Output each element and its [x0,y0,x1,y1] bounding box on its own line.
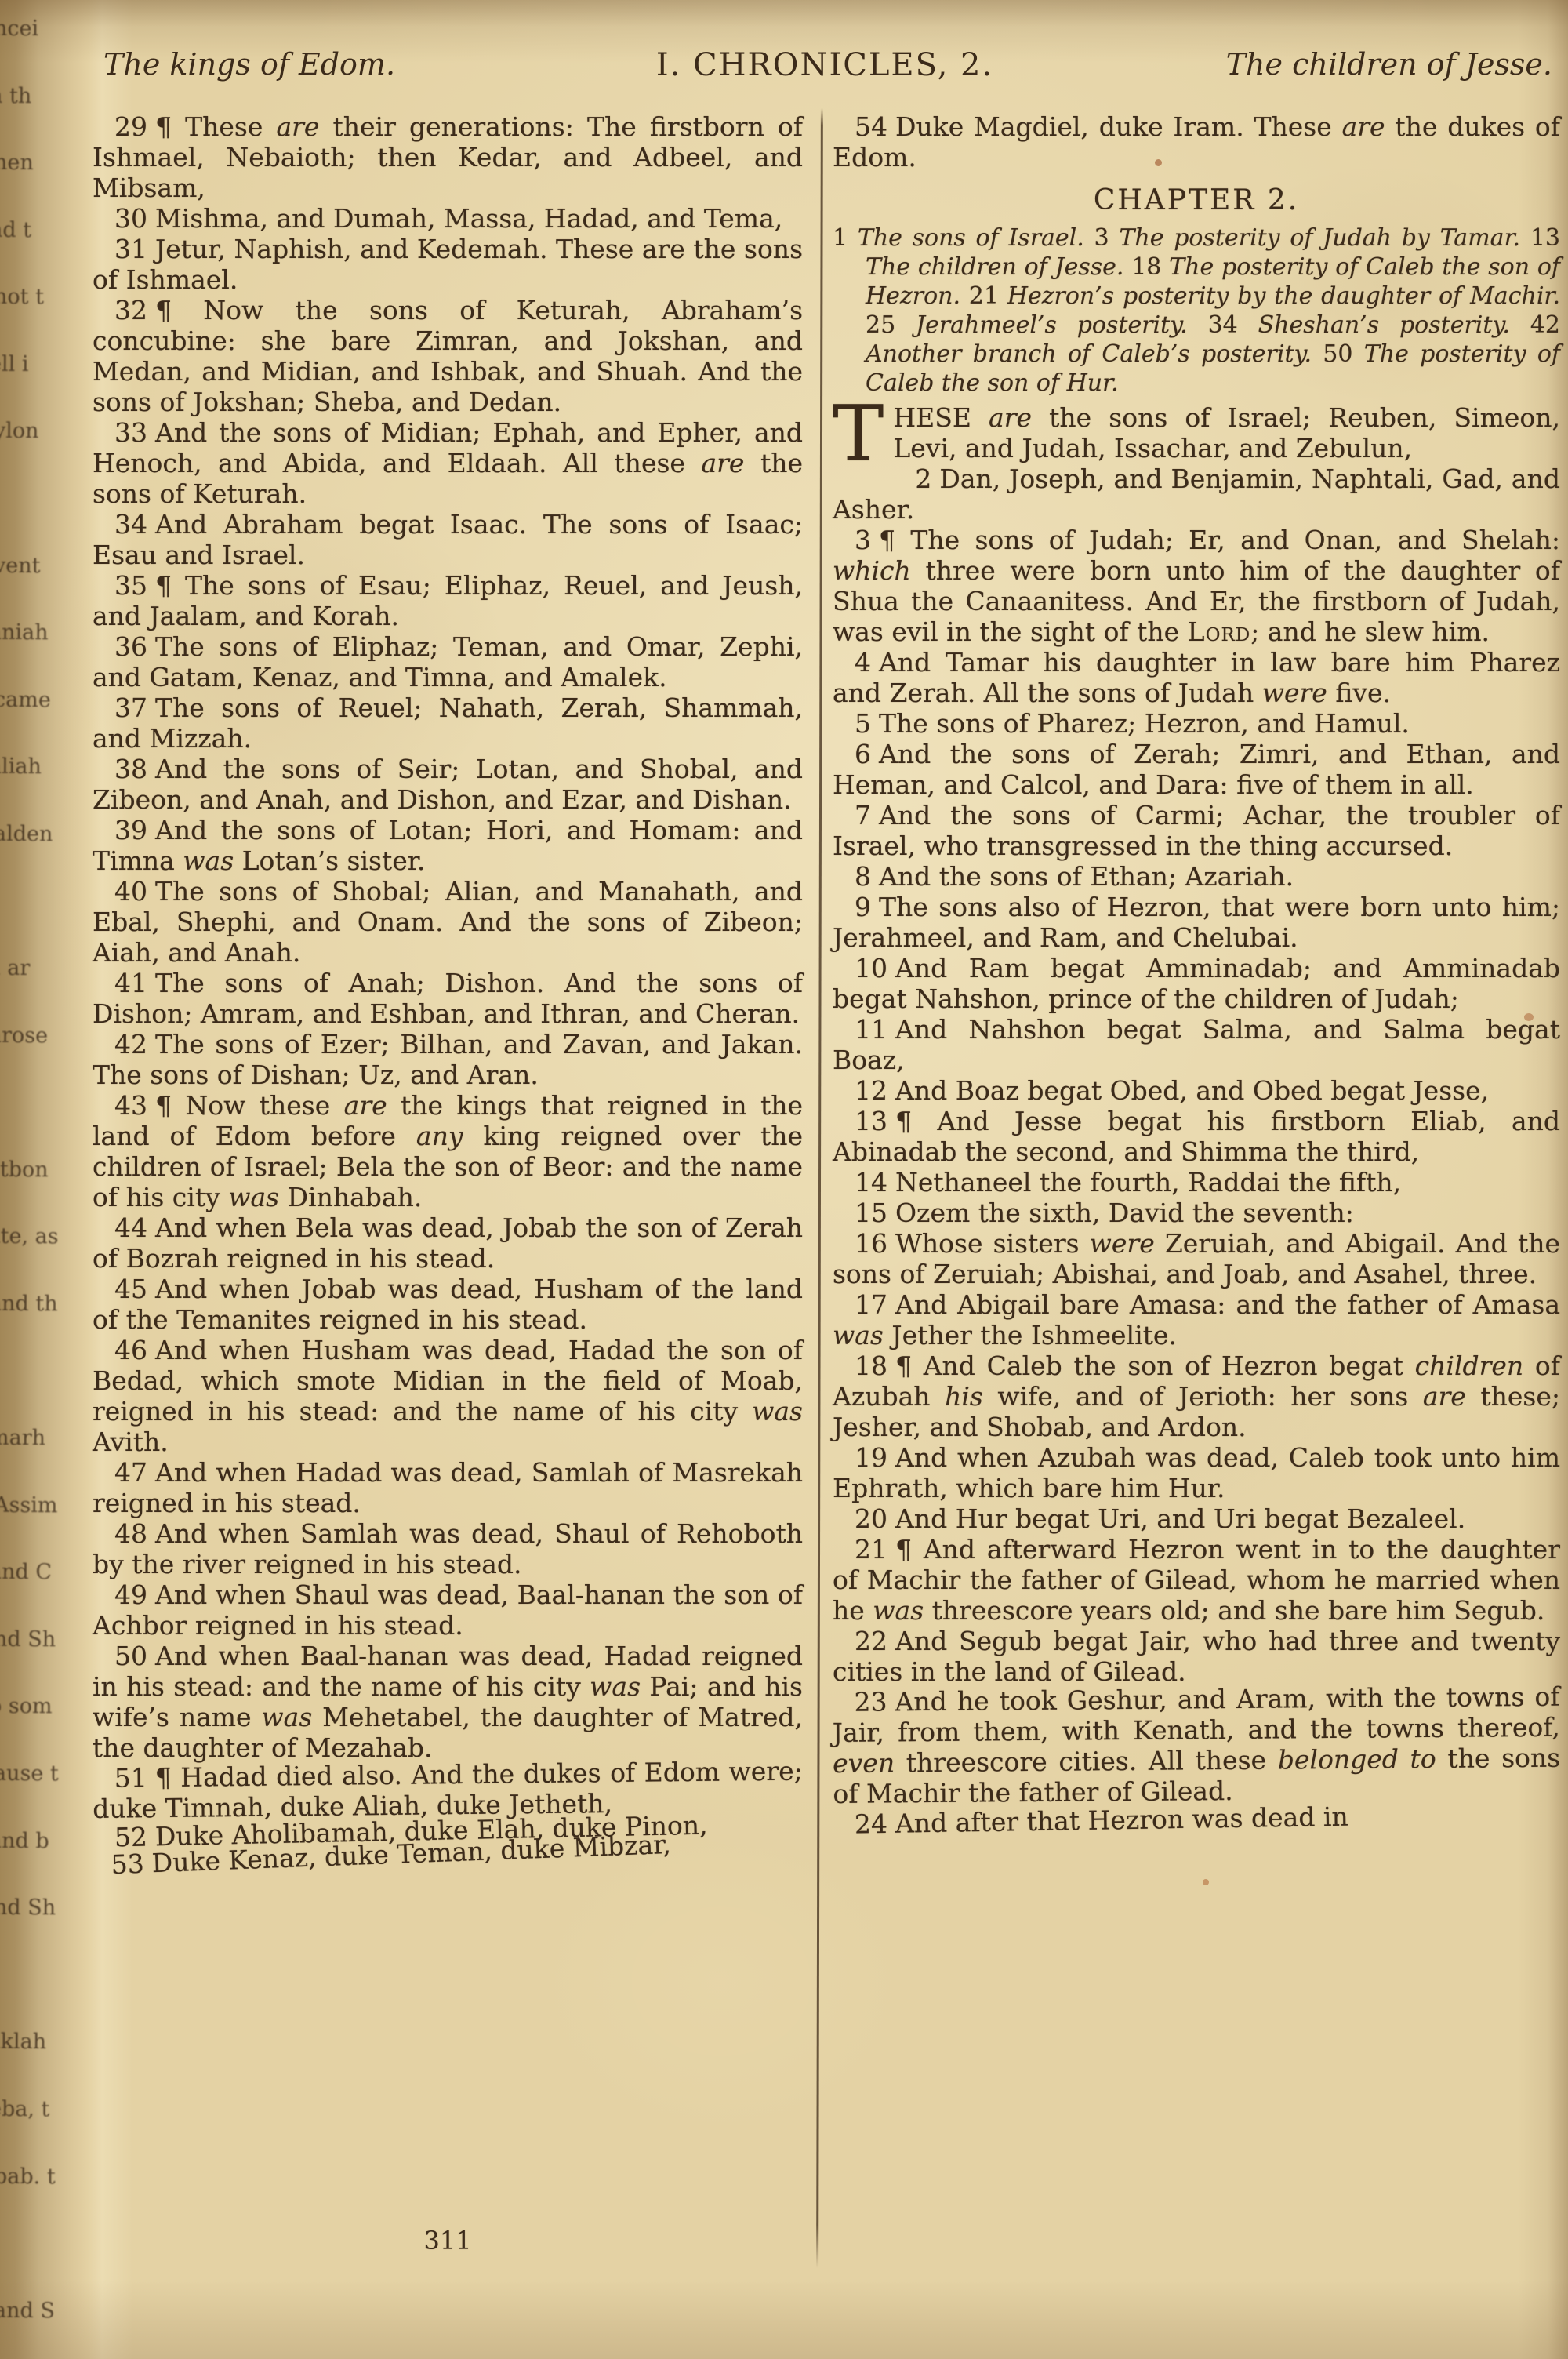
verse: 16Whose sisters were Zeruiah, and Abigai… [833,1228,1560,1289]
gutter-text-fragment: ncei [0,17,55,42]
verse-text: And when Hadad was dead, Samlah of Masre… [93,1457,803,1518]
verse-text: And Hur begat Uri, and Uri begat Bezalee… [895,1503,1465,1534]
verse: 41The sons of Anah; Dishon. And the sons… [93,968,803,1029]
verse-number: 13 [855,1106,887,1136]
paper-stain [1155,159,1162,166]
verse-text: And Abraham begat Isaac. The sons of Isa… [93,509,803,570]
verse: 9The sons also of Hezron, that were born… [833,892,1560,953]
verse: 17And Abigail bare Amasa: and the father… [833,1289,1560,1350]
verse-number: 18 [855,1350,887,1381]
gutter-text-fragment: stbon [0,1158,50,1183]
gutter-text-fragment: bab. t [0,2165,55,2189]
running-head: The kings of Edom. I. CHRONICLES, 2. The… [93,47,1557,88]
verse-text: The sons of Shobal; Alian, and Manahath,… [93,876,803,968]
verse-number: 2 [915,463,931,494]
verse: 39And the sons of Lotan; Hori, and Homam… [93,815,803,876]
gutter-text-fragment [0,2232,50,2256]
verse-text: ¶ Now the sons of Keturah, Abraham’s con… [93,295,803,417]
gutter-text-fragment: vent [0,554,55,578]
verse: 8And the sons of Ethan; Azariah. [833,861,1560,892]
verse-number: 48 [114,1518,147,1549]
verse-text: The sons of Ezer; Bilhan, and Zavan, and… [93,1029,803,1090]
verse: 30Mishma, and Dumah, Massa, Hadad, and T… [93,203,803,234]
verse: 12And Boaz begat Obed, and Obed begat Je… [833,1075,1560,1106]
verse-text: ¶ And Caleb the son of Hezron begat chil… [833,1350,1560,1442]
verse-text: ¶ The sons of Esau; Eliphaz, Reuel, and … [93,570,803,631]
verse-number: 21 [855,1534,887,1565]
verse-text: ¶ And afterward Hezron went in to the da… [833,1534,1560,1626]
gutter-text-fragment: nd Sh [0,1896,55,1921]
verse-number: 10 [855,953,887,983]
verse-text: And when Shaul was dead, Baal-hanan the … [93,1579,803,1641]
verse-number: 40 [114,876,147,907]
verse-number: 46 [114,1335,147,1365]
verse: 54Duke Magdiel, duke Iram. These are the… [833,111,1560,173]
right-column-top-verses: 54Duke Magdiel, duke Iram. These are the… [833,111,1560,173]
verse-number: 47 [114,1457,147,1488]
gutter-text-fragment: Assim [0,1493,55,1518]
verse-text: And when Baal-hanan was dead, Hadad reig… [93,1641,803,1763]
verse: 10And Ram begat Amminadab; and Amminadab… [833,953,1560,1014]
verse-text: And he took Geshur, and Aram, with the t… [833,1681,1561,1809]
verse-1-dropcap: THESE are the sons of Israel; Reuben, Si… [833,402,1560,463]
verse: 33And the sons of Midian; Ephah, and Eph… [93,417,803,509]
verse-text: The sons also of Hezron, that were born … [833,892,1560,953]
verse-text: And Abigail bare Amasa: and the father o… [833,1289,1560,1350]
verse-text: And when Jobab was dead, Husham of the l… [93,1274,803,1335]
verse-text: And Segub begat Jair, who had three and … [833,1626,1560,1687]
right-column: 54Duke Magdiel, duke Iram. These are the… [833,111,1560,1885]
drop-cap-letter: T [833,402,893,464]
verse: 11And Nahshon begat Salma, and Salma beg… [833,1014,1560,1075]
verse-number: 44 [114,1212,147,1243]
verse-text: Mishma, and Dumah, Massa, Hadad, and Tem… [155,203,782,234]
verse-number: 54 [855,111,887,142]
gutter-text-fragment [0,889,50,914]
gutter-text-fragment: aliah [0,755,50,780]
verse-text: ¶ And Jesse begat his firstborn Eliab, a… [833,1106,1560,1167]
chapter-summary: 1 The sons of Israel. 3 The posterity of… [833,224,1560,398]
verse-text: HESE are the sons of Israel; Reuben, Sim… [893,402,1560,463]
verse: 45And when Jobab was dead, Husham of the… [93,1274,803,1335]
verse: 21¶ And afterward Hezron went in to the … [833,1534,1560,1626]
verse-number: 50 [114,1641,147,1671]
verse: 29¶ These are their generations: The fir… [93,111,803,203]
verse: 49And when Shaul was dead, Baal-hanan th… [93,1579,803,1641]
verse: 44And when Bela was dead, Jobab the son … [93,1212,803,1274]
verse-text: And the sons of Ethan; Azariah. [879,861,1294,892]
verse-text: Duke Magdiel, duke Iram. These are the d… [833,111,1560,173]
verse-text: Nethaneel the fourth, Raddai the fifth, [895,1167,1401,1198]
gutter-text-fragment: eba, t [0,2098,50,2122]
gutter-text-fragment: marh [0,1427,50,1451]
verse-text: The sons of Pharez; Hezron, and Hamul. [879,708,1410,739]
verse-number: 8 [855,861,871,892]
verse: 43¶ Now these are the kings that reigned… [93,1090,803,1212]
verse-number: 30 [114,203,147,234]
verse: 19And when Azubah was dead, Caleb took u… [833,1442,1560,1503]
verse-text: And when Azubah was dead, Caleb took unt… [833,1442,1560,1503]
gutter-text-fragment: not t [0,285,55,310]
gutter-text-fragment: nd Sh [0,1628,55,1652]
verse: 18¶ And Caleb the son of Hezron begat ch… [833,1350,1560,1442]
verse-text: And when Samlah was dead, Shaul of Rehob… [93,1518,803,1579]
verse-number: 23 [854,1686,887,1717]
verse: 48And when Samlah was dead, Shaul of Reh… [93,1518,803,1579]
verse-text: And Tamar his daughter in law bare him P… [833,647,1560,708]
gutter-text-fragment: iklah [0,2030,55,2055]
gutter-text-fragment: o som [0,1695,50,1719]
verse-number: 43 [114,1090,147,1121]
verse: 7And the sons of Carmi; Achar, the troub… [833,800,1560,861]
gutter-text-fragment [0,487,50,511]
gutter-text-fragment: ell i [0,353,50,377]
gutter-text-fragment: and th [0,1292,50,1317]
verse-number: 53 [111,1848,144,1881]
verse-text: Ozem the sixth, David the seventh: [895,1198,1354,1228]
verse-number: 14 [855,1167,887,1198]
verse-text: And Nahshon begat Salma, and Salma begat… [833,1014,1560,1075]
verse-number: 42 [114,1029,147,1060]
verse-number: 45 [114,1274,147,1304]
verse-number: 22 [855,1626,887,1656]
verse-text: ¶ The sons of Judah; Er, and Onan, and S… [833,525,1560,647]
verse-text: Whose sisters were Zeruiah, and Abigail.… [833,1228,1560,1289]
book-page: nceih thhennd tnot tell iylonventaniahca… [0,0,1568,2359]
verse-number: 49 [114,1579,147,1610]
verse: 47And when Hadad was dead, Samlah of Mas… [93,1457,803,1518]
verse-number: 20 [855,1503,887,1534]
verse-text: The sons of Anah; Dishon. And the sons o… [93,968,803,1029]
verse-number: 38 [114,754,147,784]
verse: 6And the sons of Zerah; Zimri, and Ethan… [833,739,1560,800]
verse-text: And the sons of Zerah; Zimri, and Ethan,… [833,739,1560,800]
verse-number: 11 [855,1014,887,1045]
gutter-text-fragment: and b [0,1829,50,1853]
verse-number: 5 [855,708,871,739]
gutter-text-fragment: came [0,689,55,713]
verse-number: 37 [114,692,147,723]
gutter-text-fragment: ause t [0,1762,55,1787]
verse: 32¶ Now the sons of Keturah, Abraham’s c… [93,295,803,417]
verse: 23And he took Geshur, and Aram, with the… [832,1681,1560,1809]
gutter-text-fragment: hen [0,151,55,176]
verse-number: 31 [114,234,147,264]
verse-number: 34 [114,509,147,540]
gutter-text-fragment: nd t [0,218,50,242]
paper-stain [1203,1879,1209,1885]
gutter-text-fragment [0,1359,55,1383]
verse: 46And when Husham was dead, Hadad the so… [93,1335,803,1457]
verse: 14Nethaneel the fourth, Raddai the fifth… [833,1167,1560,1198]
verse-text: And when Husham was dead, Hadad the son … [93,1335,803,1457]
verse-number: 32 [114,295,147,325]
verse-number: 16 [855,1228,887,1259]
gutter-text-fragment: ite, as [0,1225,55,1249]
verse-number: 9 [855,892,871,922]
gutter-text-fragment [0,1963,50,1987]
gutter-text-fragment [0,1091,55,1115]
verse-text: And after that Hezron was dead in [895,1801,1348,1839]
gutter-text-fragment: and S [0,2299,55,2323]
verse: 40The sons of Shobal; Alian, and Manahat… [93,876,803,968]
verse-text: And when Bela was dead, Jobab the son of… [93,1212,803,1274]
verse: 35¶ The sons of Esau; Eliphaz, Reuel, an… [93,570,803,631]
verse-number: 6 [855,739,871,769]
verse-text: Jetur, Naphish, and Kedemah. These are t… [93,234,803,295]
text-columns: 29¶ These are their generations: The fir… [93,111,1560,1885]
verse-number: 12 [855,1075,887,1106]
verse-text: And Ram begat Amminadab; and Amminadab b… [833,953,1560,1014]
verse: 42The sons of Ezer; Bilhan, and Zavan, a… [93,1029,803,1090]
verse-number: 35 [114,570,147,601]
verse-text: The sons of Reuel; Nahath, Zerah, Shamma… [93,692,803,754]
verse-number: 29 [114,111,147,142]
verse-text: And the sons of Lotan; Hori, and Homam: … [93,815,803,876]
verse: 3¶ The sons of Judah; Er, and Onan, and … [833,525,1560,647]
running-head-right: The children of Jesse. [1226,47,1552,82]
verse-number: 24 [855,1808,888,1840]
verse: 2Dan, Joseph, and Benjamin, Naphtali, Ga… [833,463,1560,525]
right-column-verses: 2Dan, Joseph, and Benjamin, Naphtali, Ga… [833,463,1560,1840]
verse: 20And Hur begat Uri, and Uri begat Bezal… [833,1503,1560,1534]
verse-number: 41 [114,968,147,998]
verse-number: 17 [855,1289,887,1320]
verse: 31Jetur, Naphish, and Kedemah. These are… [93,234,803,295]
gutter-text-fragment: arose [0,1023,50,1048]
gutter-text-fragment: ylon [0,420,55,444]
gutter-text-fragment: alden [0,823,55,847]
verse: 13¶ And Jesse begat his firstborn Eliab,… [833,1106,1560,1167]
paper-stain [1524,1013,1534,1021]
gutter-facing-page-fragments: nceih thhennd tnot tell iylonventaniahca… [0,0,61,2359]
verse: 15Ozem the sixth, David the seventh: [833,1198,1560,1228]
verse-number: 7 [855,800,871,831]
verse-number: 4 [855,647,871,678]
verse-text: Dan, Joseph, and Benjamin, Naphtali, Gad… [833,463,1560,525]
verse-number: 3 [855,525,871,555]
verse-number: 36 [114,631,147,662]
verse-text: The sons of Eliphaz; Teman, and Omar, Ze… [93,631,803,692]
gutter-text-fragment: h th [0,84,50,108]
verse-text: ¶ Now these are the kings that reigned i… [93,1090,803,1212]
verse-number: 51 [114,1762,147,1793]
chapter-heading: CHAPTER 2. [833,185,1560,216]
verse-text: And the sons of Seir; Lotan, and Shobal,… [93,754,803,815]
verse-text: And Boaz begat Obed, and Obed begat Jess… [895,1075,1489,1106]
verse-number: 15 [855,1198,887,1228]
verse-text: ¶ These are their generations: The first… [93,111,803,203]
verse-number: 33 [114,417,147,448]
verse: 4And Tamar his daughter in law bare him … [833,647,1560,708]
left-column: 29¶ These are their generations: The fir… [93,111,803,1885]
verse: 38And the sons of Seir; Lotan, and Shoba… [93,754,803,815]
verse: 50And when Baal-hanan was dead, Hadad re… [93,1641,803,1763]
verse-number: 39 [114,815,147,845]
page-number: 311 [93,2226,803,2255]
verse: 37The sons of Reuel; Nahath, Zerah, Sham… [93,692,803,754]
gutter-text-fragment: and C [0,1561,50,1585]
verse-number: 19 [855,1442,887,1473]
gutter-text-fragment: aniah [0,621,50,645]
verse: 36The sons of Eliphaz; Teman, and Omar, … [93,631,803,692]
verse: 5The sons of Pharez; Hezron, and Hamul. [833,708,1560,739]
verse-text: And the sons of Midian; Ephah, and Epher… [93,417,803,509]
verse: 22And Segub begat Jair, who had three an… [833,1626,1560,1687]
gutter-text-fragment: l ar [0,957,55,981]
verse: 34And Abraham begat Isaac. The sons of I… [93,509,803,570]
verse-text: And the sons of Carmi; Achar, the troubl… [833,800,1560,861]
